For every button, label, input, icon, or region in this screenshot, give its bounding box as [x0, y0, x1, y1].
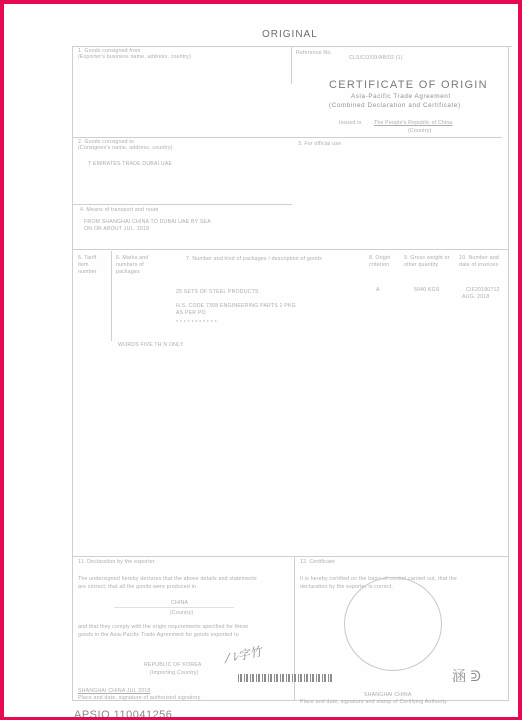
box4-label: 4. Means of transport and route	[80, 207, 159, 214]
box12-footer: Place and date, signature and stamp of C…	[300, 699, 447, 706]
box11-text-3: and that they comply with the origin req…	[78, 624, 248, 631]
total-in-words: WORDS FIVE TH N ONLY	[118, 342, 184, 349]
right-rule	[508, 46, 509, 701]
row-rule	[72, 556, 508, 557]
certificate-title: CERTIFICATE OF ORIGIN	[329, 79, 488, 91]
certificate-page: ORIGINAL 1. Goods consigned from (Export…	[4, 4, 518, 717]
box12-label: 12. Certificate	[300, 559, 335, 566]
official-stamp	[344, 577, 442, 671]
country-caption: (Country)	[408, 128, 431, 135]
col-weight-header: 9. Gross weight or other quantity	[404, 255, 452, 269]
certifier-signature: 涵 ᕲ	[452, 666, 481, 686]
row-rule	[72, 249, 508, 250]
box11-label: 11. Declaration by the exporter	[78, 559, 155, 566]
box11-country: CHINA	[171, 600, 188, 607]
goods-line-3: AS PER PO	[176, 310, 206, 317]
box12-place-date: SHANGHAI CHINA	[364, 692, 411, 699]
box11-place-date: SHANGHAI CHINA JUL 2018	[78, 688, 150, 695]
issued-in-value: The People's Republic of China	[374, 120, 453, 127]
issued-in-label: Issued in	[339, 120, 362, 127]
invoice-value: CIF20180712	[466, 287, 500, 294]
col-description-header: 7. Number and kind of packages / descrip…	[186, 256, 322, 263]
origin-value: A	[376, 287, 380, 294]
box-divider	[291, 46, 292, 84]
box11-text-1: The undersigned hereby declares that the…	[78, 576, 257, 583]
box11-importer-caption: (Importing Country)	[150, 670, 198, 677]
col-divider	[111, 251, 112, 341]
box11-importer: REPUBLIC OF KOREA	[144, 662, 202, 669]
box11-text-4: goods in the Asia-Pacific Trade Agreemen…	[78, 632, 239, 639]
certificate-subtitle-2: (Combined Declaration and Certificate)	[329, 102, 461, 109]
original-label: ORIGINAL	[262, 29, 318, 40]
goods-line-2: H.S. CODE 7308 ENGINEERING PARTS 1 PKG	[176, 303, 296, 310]
row-rule	[72, 137, 502, 138]
document-id: APSIO 110041256	[74, 709, 172, 717]
box4-line2: ON OR ABOUT JUL. 2018	[84, 226, 149, 233]
row-rule	[72, 204, 292, 205]
exporter-signature: ⁄ ﾚ字竹	[225, 642, 264, 666]
col-marks-header: 6. Marks and numbers of packages	[116, 255, 164, 276]
box11-country-caption: (Country)	[170, 610, 193, 617]
box11-footer: Place and date, signature of authorised …	[78, 695, 201, 702]
box11-text-2: are correct; that all the goods were pro…	[78, 584, 196, 591]
reference-value: CLS/CO/09/AB/02 (1)	[349, 55, 403, 62]
goods-line-4: * * * * * * * * * * *	[176, 320, 217, 327]
country-underline	[114, 607, 234, 608]
top-rule	[72, 46, 512, 47]
box1-sub: (Exporter's business name, address, coun…	[78, 54, 191, 61]
box2-sub: (Consignee's name, address, country)	[78, 145, 173, 152]
certificate-subtitle: Asia-Pacific Trade Agreement	[351, 93, 451, 100]
reference-label: Reference No.	[296, 50, 332, 57]
weight-value: 5040 KGS	[414, 287, 440, 294]
box4-line1: FROM SHANGHAI CHINA TO DUBAI UAE BY SEA	[84, 219, 211, 226]
box2-value: T EMIRATES TRADE DUBAI UAE	[88, 161, 172, 168]
col-tariff-header: 5. Tariff item number	[78, 255, 108, 276]
goods-line-1: 25 SETS OF STEEL PRODUCTS	[176, 289, 259, 296]
barcode	[238, 674, 333, 682]
col-origin-header: 8. Origin criterion	[369, 255, 399, 269]
left-rule	[72, 46, 73, 701]
col-invoice-header: 10. Number and date of invoices	[459, 255, 507, 269]
box3-label: 3. For official use	[298, 141, 341, 148]
invoice-date: AUG. 2018	[462, 294, 489, 301]
